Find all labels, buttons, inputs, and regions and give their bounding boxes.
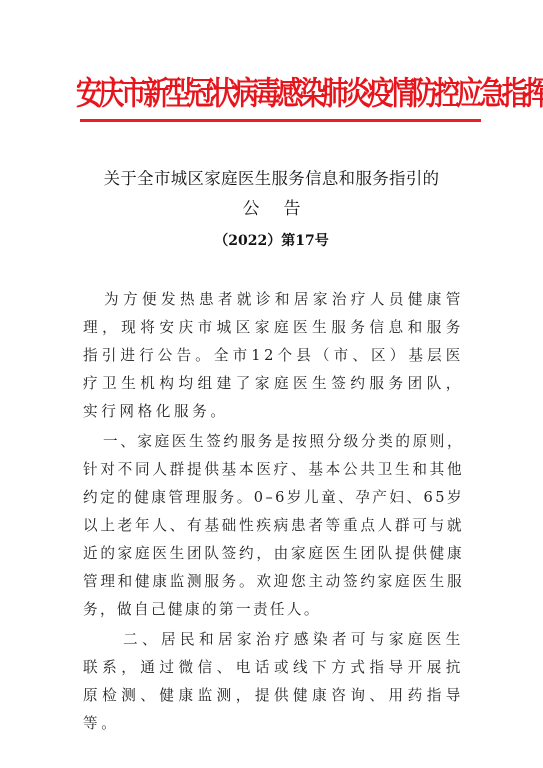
paragraph-intro: 为方便发热患者就诊和居家治疗人员健康管理，现将安庆市城区家庭医生服务信息和服务指… (83, 286, 464, 426)
notice-title: 关于全市城区家庭医生服务信息和服务指引的 (0, 168, 543, 190)
notice-heading-char-1: 公 (243, 198, 260, 220)
red-divider-line (80, 119, 481, 122)
document-body: 为方便发热患者就诊和居家治疗人员健康管理，现将安庆市城区家庭医生服务信息和服务指… (83, 286, 464, 738)
issuing-office-header: 安庆市新型冠状病毒感染肺炎疫情防控应急指挥部办公室 (76, 70, 484, 119)
document-page: 安庆市新型冠状病毒感染肺炎疫情防控应急指挥部办公室 关于全市城区家庭医生服务信息… (0, 0, 543, 768)
notice-type-heading: 公告 (0, 198, 543, 220)
notice-heading-char-2: 告 (284, 198, 301, 220)
paragraph-section-1: 一、家庭医生签约服务是按照分级分类的原则，针对不同人群提供基本医疗、基本公共卫生… (83, 428, 464, 624)
document-number: （2022）第17号 (0, 230, 543, 252)
paragraph-section-2: 二、居民和居家治疗感染者可与家庭医生联系，通过微信、电话或线下方式指导开展抗原检… (83, 626, 464, 738)
